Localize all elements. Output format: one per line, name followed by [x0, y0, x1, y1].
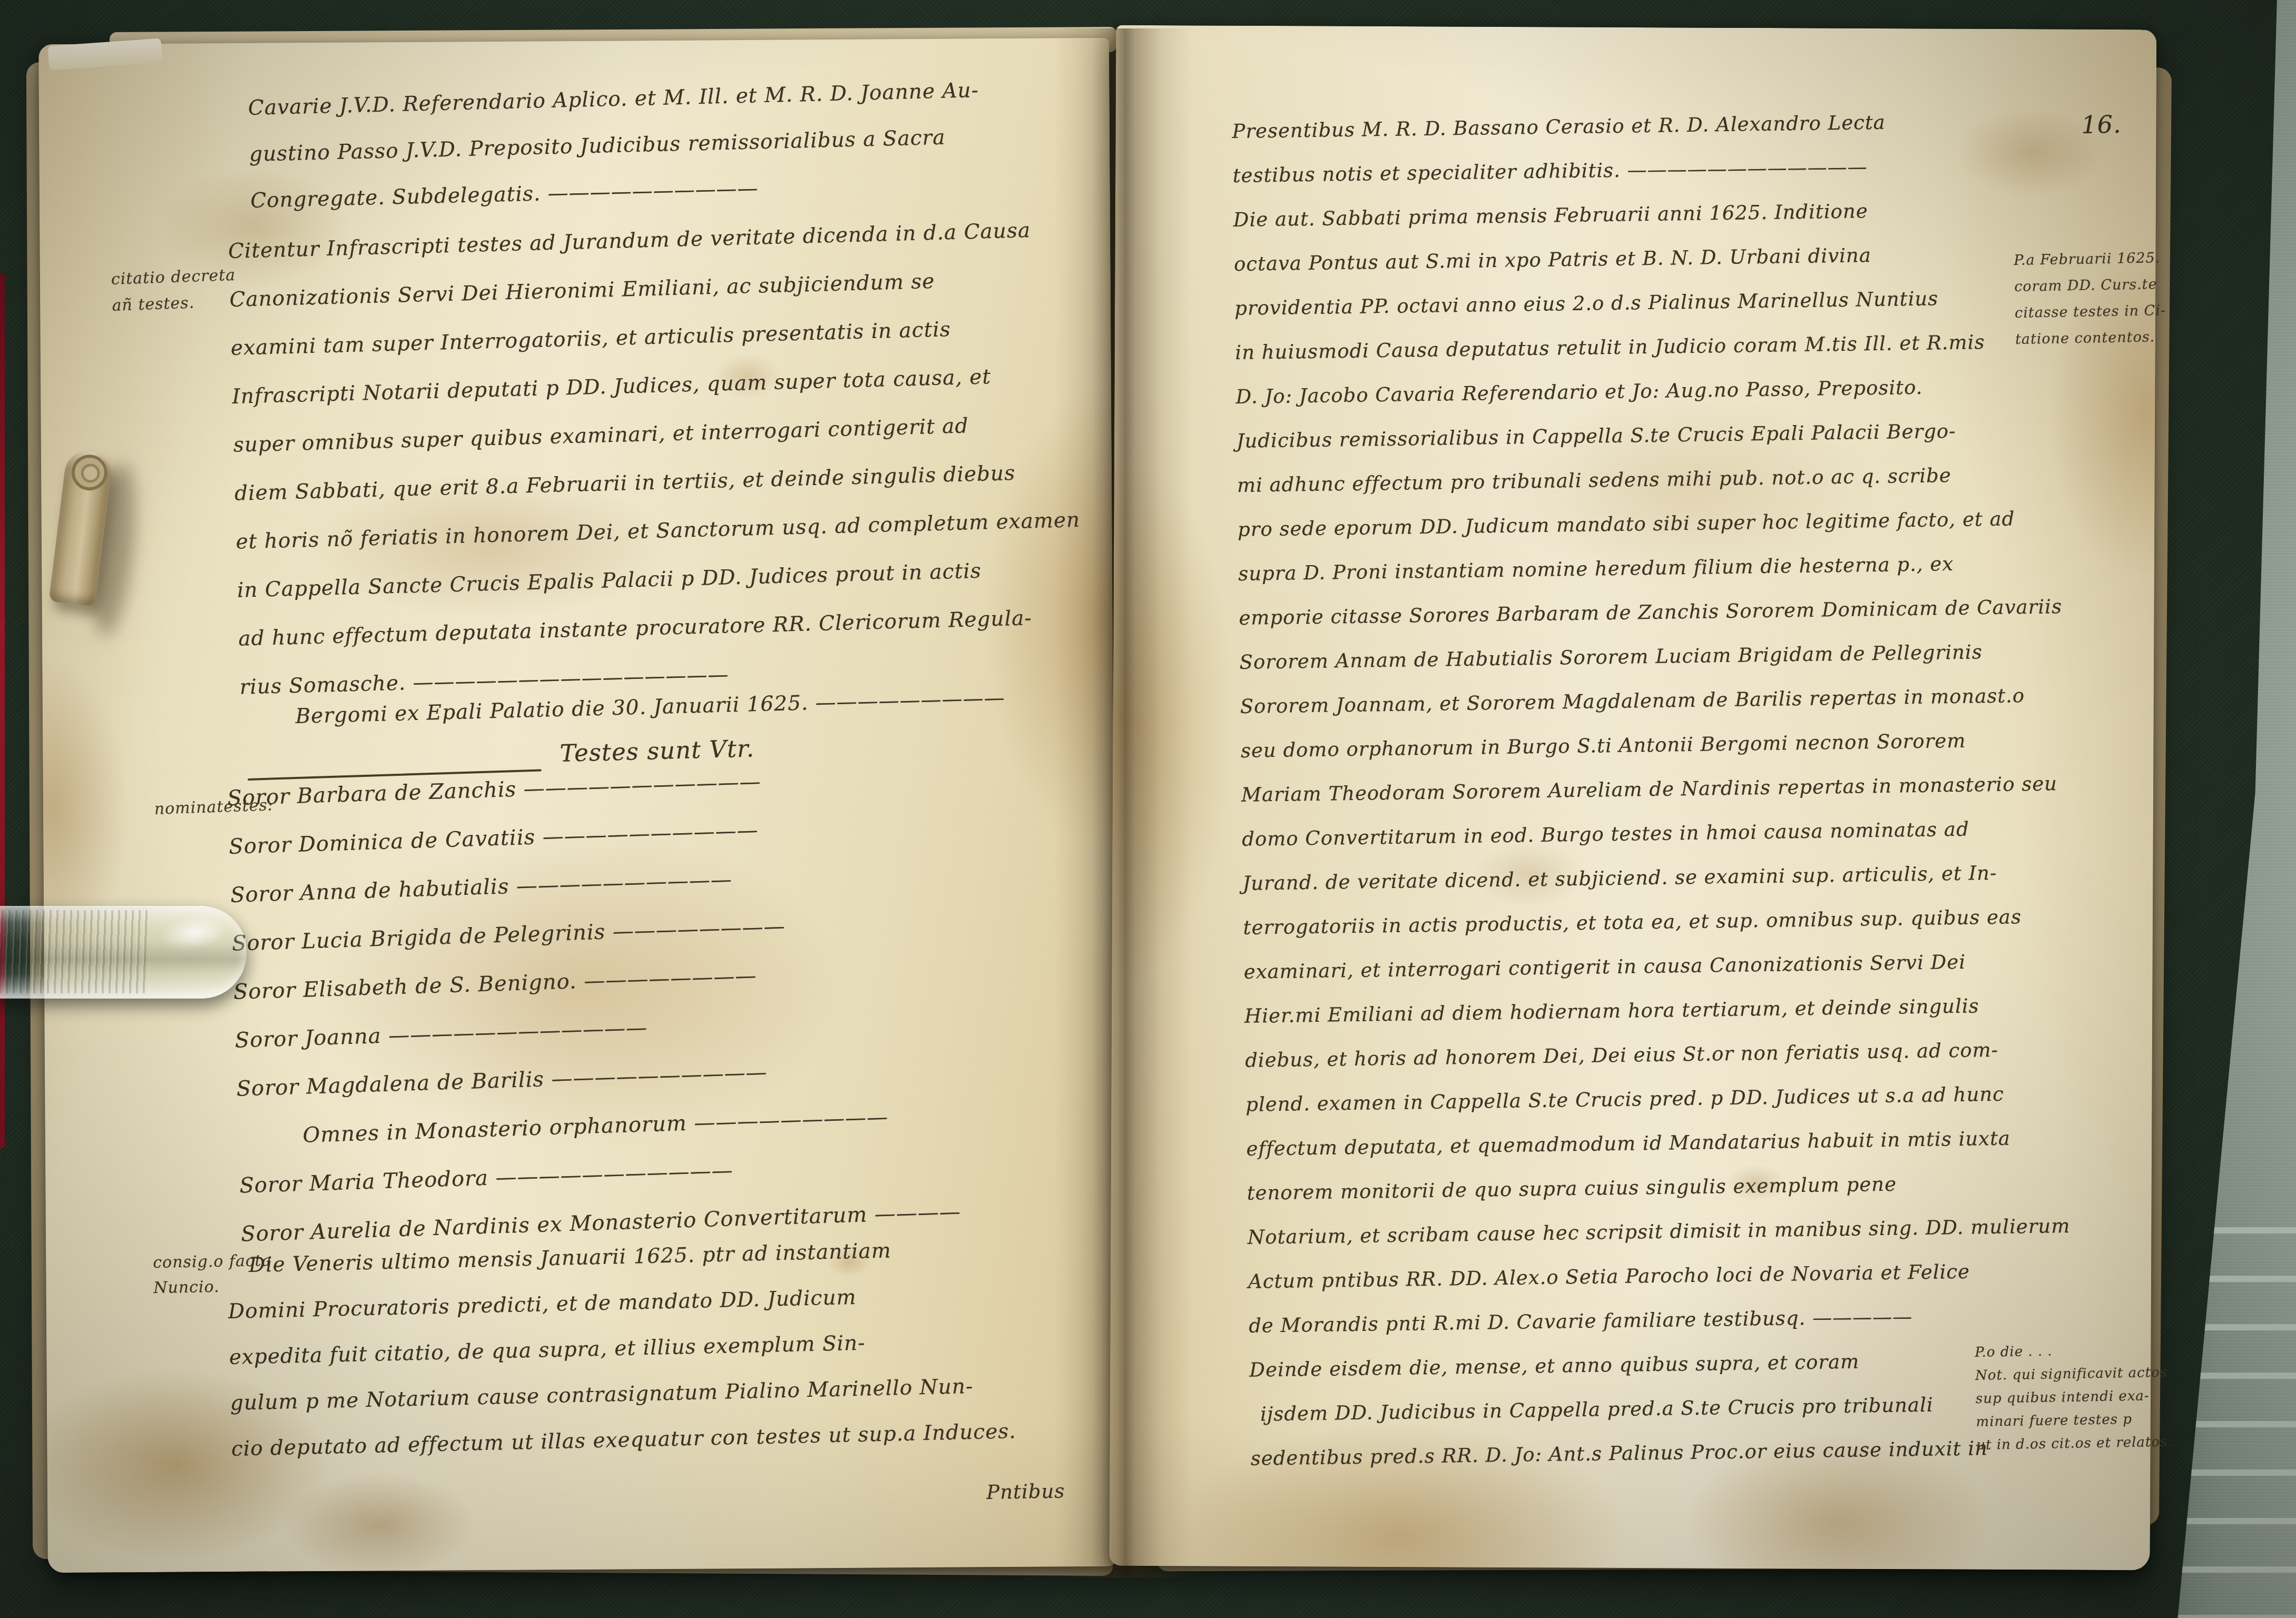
margin-note-line: coram DD. Curs.te: [2014, 271, 2166, 300]
margin-note-citatio-decreta: citatio decretaañ testes.: [111, 262, 237, 319]
red-book-edge: [0, 274, 5, 1148]
margin-note-line: P.a Februarii 1625.: [2014, 245, 2165, 274]
left-citation-paragraph: Citentur Infrascripti testes ad Jurandum…: [228, 205, 1085, 712]
margin-note-line: P.o die . . .: [1975, 1338, 2171, 1364]
margin-note-line: minari fuere testes p: [1976, 1407, 2172, 1433]
left-opening-paragraph: Cavarie J.V.D. Referendario Aplico. et M…: [248, 67, 982, 224]
margin-note-line: citasse testes in Ci-: [2015, 298, 2166, 327]
left-closing-paragraph: Die Veneris ultimo mensis Januarii 1625.…: [227, 1225, 1017, 1472]
glass-page-weight: [0, 906, 247, 999]
margin-note-line: ut in d.os cit.os et relatos.: [1976, 1430, 2173, 1456]
cradle-edge-strip: [2160, 0, 2296, 1618]
margin-note-line: Not. qui significavit actos: [1975, 1360, 2172, 1387]
glass-highlight: [158, 912, 230, 953]
margin-note-examinari: P.o die . . .Not. qui significavit actos…: [1975, 1338, 2173, 1457]
margin-note-line: sup quibus intendi exa-: [1976, 1384, 2172, 1410]
margin-note-citavit: P.a Februarii 1625.coram DD. Curs.tecita…: [2014, 245, 2166, 353]
photo-manuscript-spread: citatio decretaañ testes. Cavarie J.V.D.…: [0, 0, 2296, 1618]
margin-note-line: citatio decreta: [111, 262, 236, 293]
catchword: Pntibus: [986, 1479, 1065, 1504]
margin-note-line: tatione contentos.: [2015, 324, 2167, 353]
tab-coil: [70, 452, 110, 492]
cradle-reflection-stripes: [2160, 1227, 2296, 1618]
witness-list: Soror Barbara de Zanchis ———————————Soro…: [227, 752, 961, 1258]
right-body-text: Presentibus M. R. D. Bassano Cerasio et …: [1232, 98, 2074, 1481]
folio-number: 16.: [2081, 110, 2122, 139]
glass-striations: [0, 910, 150, 993]
tab-coil-center: [80, 462, 101, 484]
margin-note-line: añ testes.: [112, 289, 237, 319]
